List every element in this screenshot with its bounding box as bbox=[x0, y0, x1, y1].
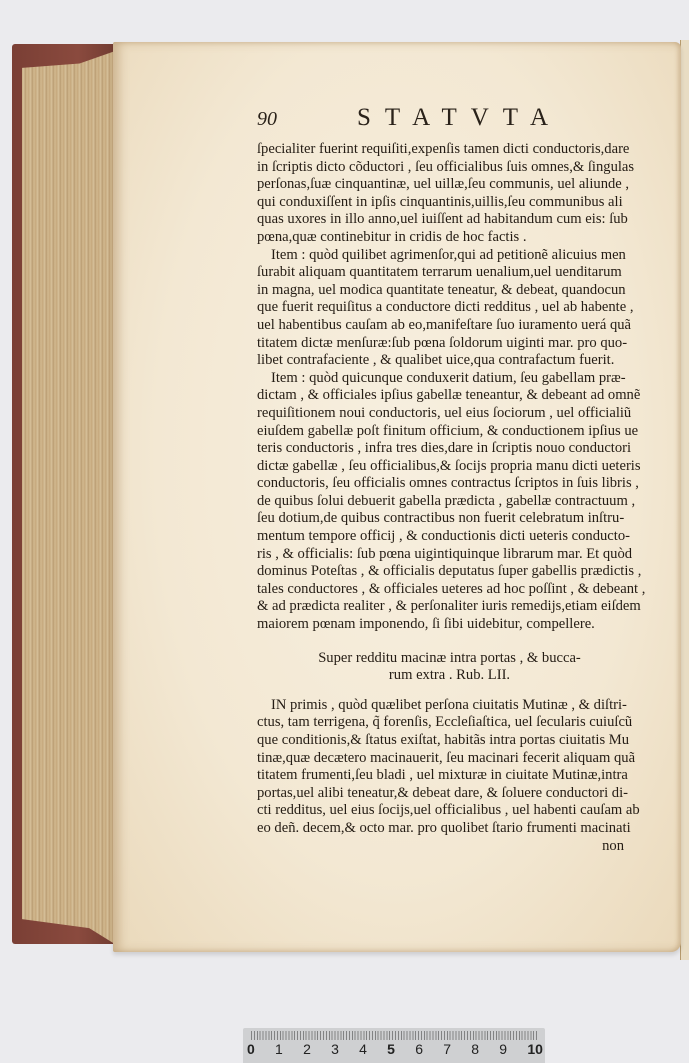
ruler-label: 2 bbox=[303, 1041, 311, 1057]
running-title: STATVTA bbox=[357, 104, 562, 132]
ruler-ticks bbox=[251, 1031, 539, 1040]
ruler-label: 5 bbox=[387, 1041, 395, 1057]
page-number: 90 bbox=[257, 108, 277, 131]
text-line: & ad prædicta realiter , & perſonaliter … bbox=[257, 598, 642, 616]
text-line: ctus, tam terrigena, q̃ forenſis, Eccleſ… bbox=[257, 714, 642, 732]
text-line: que fuerit requiſitus a conductore dicti… bbox=[257, 299, 642, 317]
text-line: mentum tempore officij , & conductionis … bbox=[257, 528, 642, 546]
text-line: Item : quòd quicunque conduxerit datium,… bbox=[257, 370, 642, 388]
text-line: ſurabit aliquam quantitatem terrarum uen… bbox=[257, 264, 642, 282]
ruler-labels: 0 1 2 3 4 5 6 7 8 9 10 bbox=[247, 1041, 543, 1057]
text-line: titatem frumenti,ſeu bladi , uel mixturæ… bbox=[257, 767, 642, 785]
ruler-label: 0 bbox=[247, 1041, 255, 1057]
ruler-label: 4 bbox=[359, 1041, 367, 1057]
text-line: eiuſdem gabellæ poſt finitum officium, &… bbox=[257, 423, 642, 441]
paragraph-in-primis: IN primis , quòd quælibet perſona ciuita… bbox=[257, 697, 642, 838]
ruler-label: 3 bbox=[331, 1041, 339, 1057]
text-line: titatem dictæ menſuræ:ſub pœna ſoldorum … bbox=[257, 335, 642, 353]
text-line: ſeu dotium,de quibus contractibus non fu… bbox=[257, 510, 642, 528]
text-line: ris , & officialis: ſub pœna uigintiquin… bbox=[257, 546, 642, 564]
text-line: pœna,quæ continebitur in cridis de hoc f… bbox=[257, 229, 642, 247]
ruler-label: 8 bbox=[471, 1041, 479, 1057]
catchword: non bbox=[257, 838, 642, 856]
paragraph-datium: Item : quòd quicunque conduxerit datium,… bbox=[257, 370, 642, 634]
text-line: portas,uel alibi teneatur,& debeat dare,… bbox=[257, 785, 642, 803]
text-line: teris conductoris , infra tres dies,dare… bbox=[257, 440, 642, 458]
text-line: perſonas,ſuæ cinquantinæ, uel uillæ,ſeu … bbox=[257, 176, 642, 194]
ruler-label: 1 bbox=[275, 1041, 283, 1057]
text-line: Item : quòd quilibet agrimenſor,qui ad p… bbox=[257, 247, 642, 265]
ruler-label: 9 bbox=[499, 1041, 507, 1057]
section-rubric-heading: Super redditu macinæ intra portas , & bu… bbox=[257, 650, 642, 685]
text-line: de quibus ſolui debuerit gabella prædict… bbox=[257, 493, 642, 511]
text-line: in ſcriptis dicto cõductori , ſeu offici… bbox=[257, 159, 642, 177]
ruler-label: 6 bbox=[415, 1041, 423, 1057]
text-line: conductoris, ſeu officialis omnes contra… bbox=[257, 475, 642, 493]
page-header: 90 STATVTA bbox=[257, 104, 647, 134]
ruler-label: 10 bbox=[527, 1041, 543, 1057]
text-line: qui conduxiſſent in ipſis cinquantinis,u… bbox=[257, 194, 642, 212]
text-line: IN primis , quòd quælibet perſona ciuita… bbox=[257, 697, 642, 715]
paragraph-continuation: ſpecialiter fuerint requiſiti,expenſis t… bbox=[257, 141, 642, 247]
text-line: uel habentibus cauſam ab eo,manifeſtare … bbox=[257, 317, 642, 335]
ruler-label: 7 bbox=[443, 1041, 451, 1057]
text-line: que conditionis,& ſtatus exiſtat, habitã… bbox=[257, 732, 642, 750]
text-line: requiſitionem noui conductoris, uel eius… bbox=[257, 405, 642, 423]
text-line: tales conductores , & officiales ueteres… bbox=[257, 581, 642, 599]
rubric-line: Super redditu macinæ intra portas , & bu… bbox=[257, 650, 642, 668]
text-line: tinæ,quæ decætero macinauerit, ſeu macin… bbox=[257, 750, 642, 768]
rubric-line: rum extra . Rub. LII. bbox=[257, 667, 642, 685]
text-line: dictæ gabellæ , ſeu officialibus,& ſocij… bbox=[257, 458, 642, 476]
paragraph-agrimensor: Item : quòd quilibet agrimenſor,qui ad p… bbox=[257, 247, 642, 370]
text-line: cti redditus, uel eius ſocijs,uel offici… bbox=[257, 802, 642, 820]
facing-page-edge bbox=[680, 40, 689, 960]
text-line: in magna, uel modica quantitate teneatur… bbox=[257, 282, 642, 300]
text-line: maiorem pœnam imponendo, ſi ſibi uidebit… bbox=[257, 616, 642, 634]
page-edges bbox=[22, 50, 118, 946]
text-line: dictam , & officiales ipſius gabellæ ten… bbox=[257, 387, 642, 405]
text-block: ſpecialiter fuerint requiſiti,expenſis t… bbox=[257, 141, 642, 855]
text-line: eo deñ. decem,& octo mar. pro quolibet ſ… bbox=[257, 820, 642, 838]
text-line: dominus Poteſtas , & officialis deputatu… bbox=[257, 563, 642, 581]
scale-ruler: 0 1 2 3 4 5 6 7 8 9 10 bbox=[243, 1028, 545, 1063]
text-line: libet contrafaciente , & qualibet uice,q… bbox=[257, 352, 642, 370]
text-line: quas uxores in illo anno,uel iuiſſent ad… bbox=[257, 211, 642, 229]
text-line: ſpecialiter fuerint requiſiti,expenſis t… bbox=[257, 141, 642, 159]
